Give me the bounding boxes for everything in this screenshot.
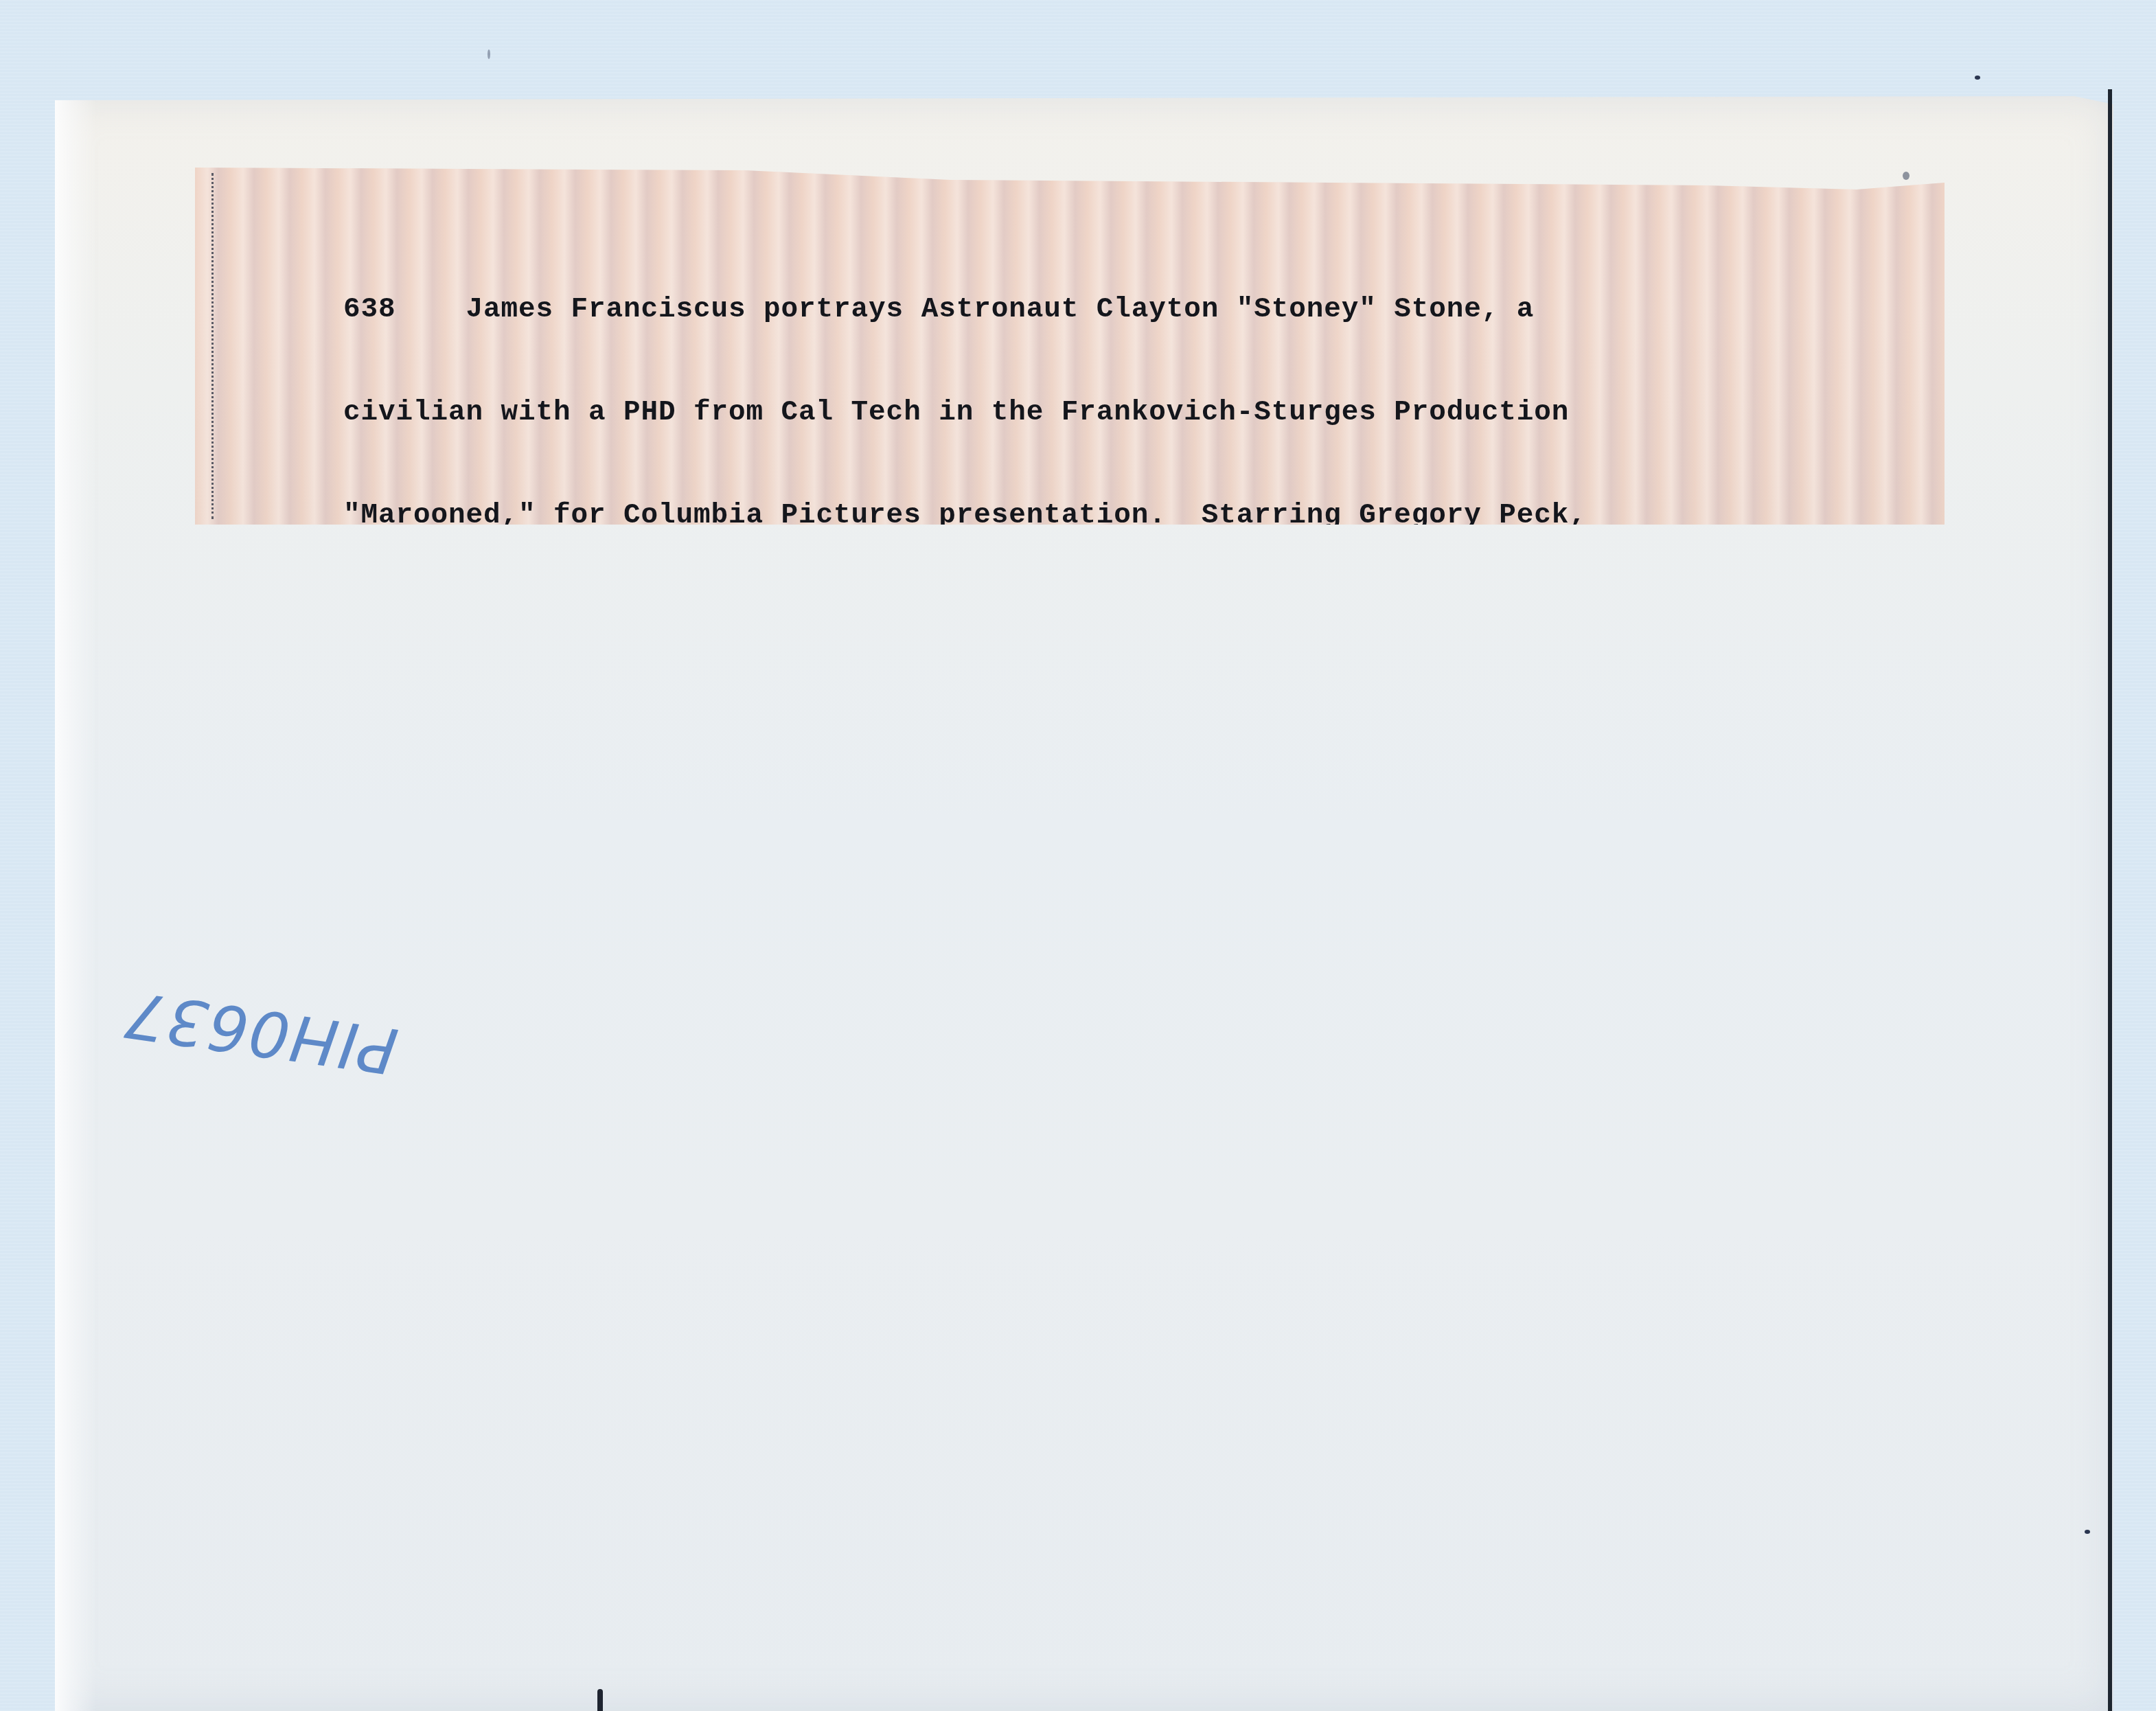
- dust-speck: [488, 49, 490, 59]
- scan-mark: [597, 1689, 603, 1711]
- caption-line-2: civilian with a PHD from Cal Tech in the…: [343, 395, 1923, 430]
- dust-speck: [1975, 76, 1980, 80]
- caption-line-1: 638 James Franciscus portrays Astronaut …: [343, 292, 1923, 327]
- dust-speck: [2085, 1530, 2090, 1534]
- perforation-line: [211, 173, 214, 519]
- caption-label: 638 James Franciscus portrays Astronaut …: [195, 168, 1945, 525]
- dust-speck: [1903, 172, 1910, 180]
- paper-right-edge: [2108, 89, 2112, 1711]
